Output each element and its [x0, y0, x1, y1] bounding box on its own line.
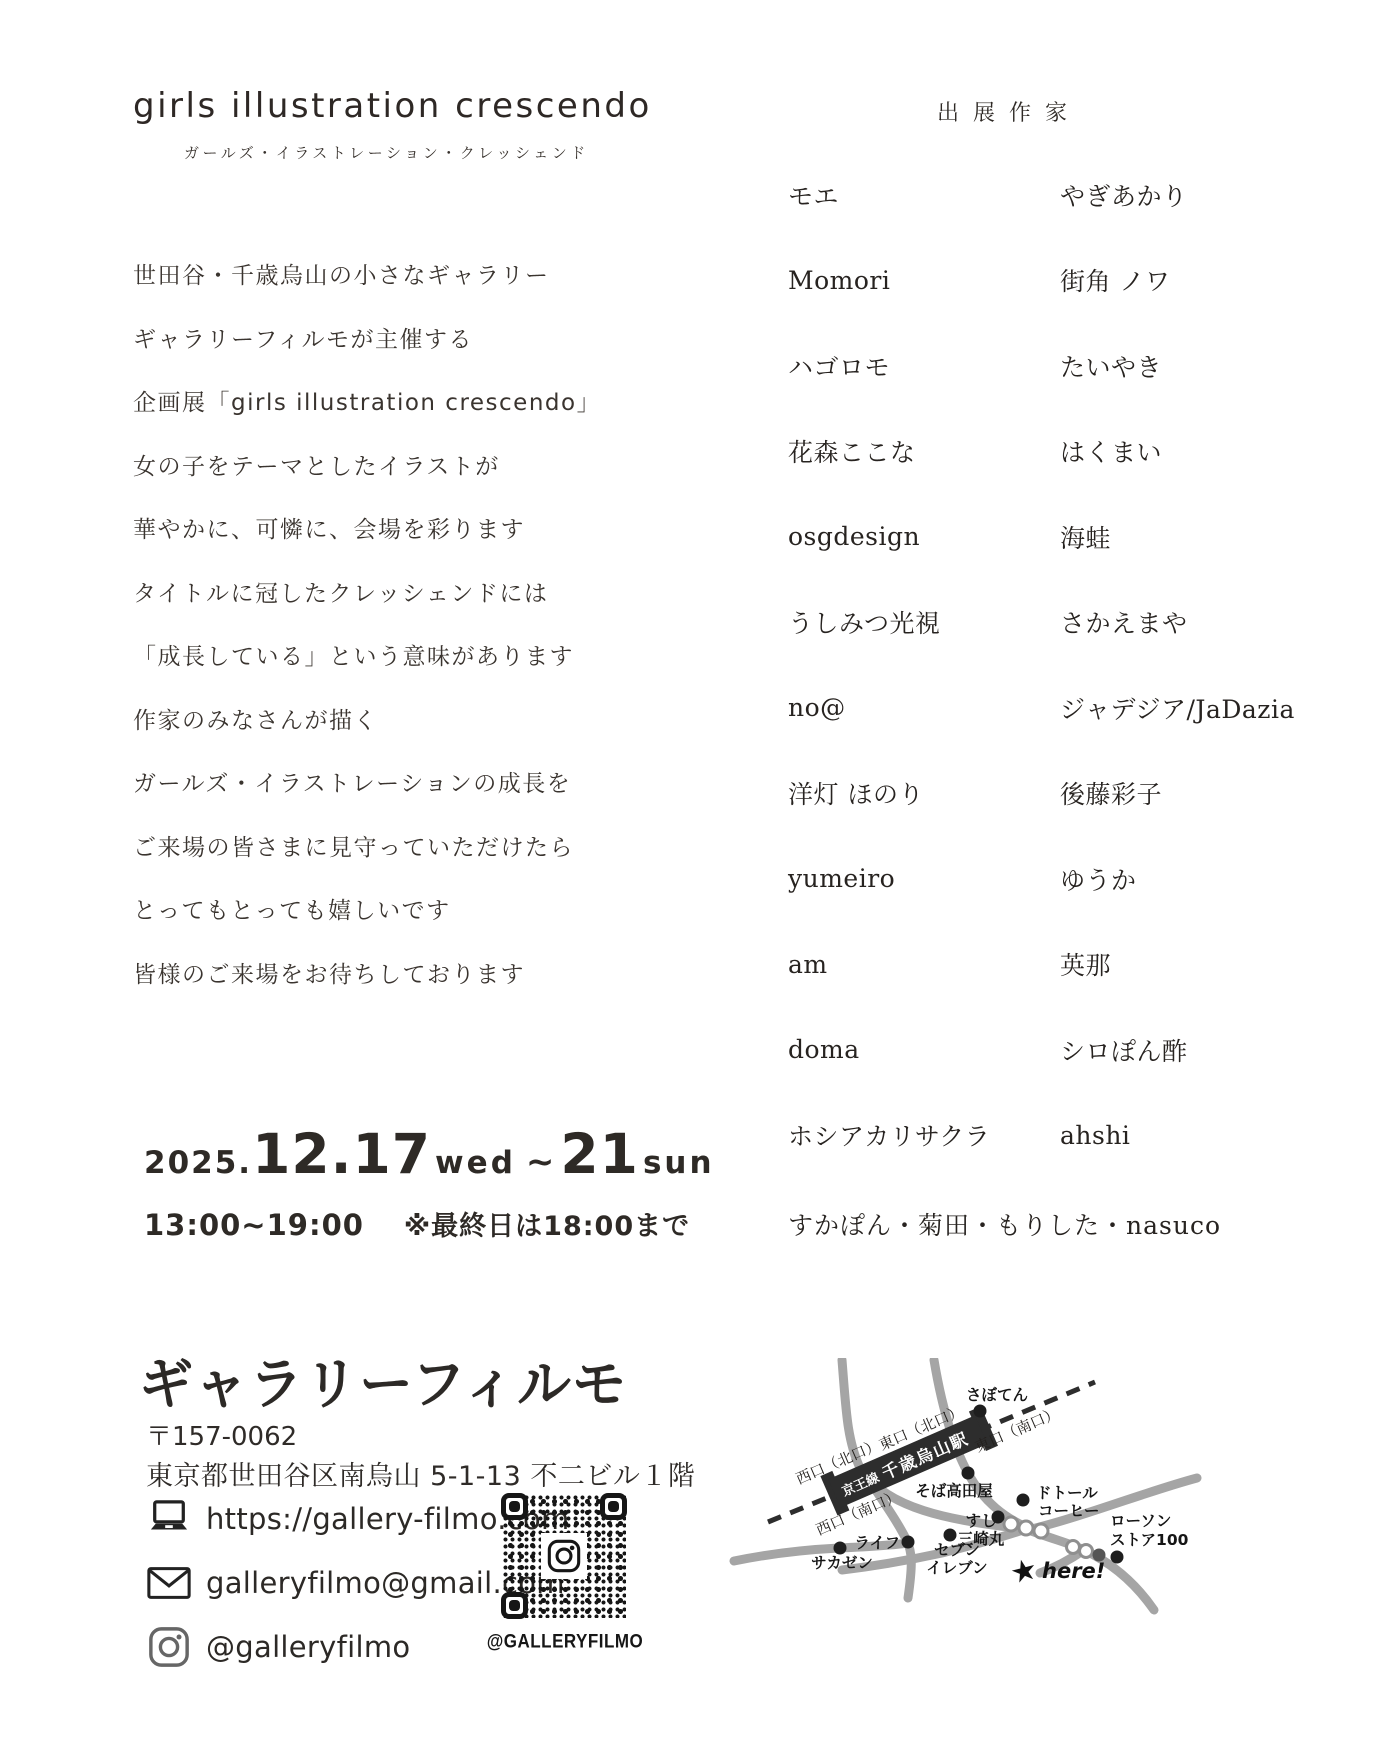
exhibition-dates: 2025.12.17wed~21sun — [144, 1122, 719, 1186]
landmark-sushi-line1: すし — [965, 1512, 996, 1530]
artist-name: シロぽん酢 — [1060, 1007, 1295, 1093]
qr-finder-icon — [501, 1592, 528, 1619]
artist-name: Momori — [788, 238, 990, 324]
artist-name: 海蛙 — [1060, 494, 1295, 580]
here-label: here! — [1042, 1559, 1105, 1583]
landmark-lawson-line1: ローソン — [1110, 1512, 1171, 1530]
date-year: 2025. — [144, 1145, 252, 1181]
gallery-logo: ギャラリーフィルモ — [139, 1340, 627, 1420]
artist-name: yumeiro — [788, 836, 990, 922]
qr-caption: @GALLERYFILMO — [468, 1631, 662, 1653]
artist-footer-names: すかぽん・菊田・もりした・nasuco — [788, 1206, 1221, 1242]
qr-code — [502, 1494, 626, 1618]
landmark-life: ライフ — [854, 1534, 900, 1552]
qr-finder-icon — [600, 1493, 627, 1520]
landmark-sakazen: サカゼン — [811, 1554, 873, 1572]
access-map: 京王線 千歳烏山駅 西口（北口） 東口（北口） 西口（南口） 東口（南口） さぼ… — [690, 1358, 1210, 1620]
intro-line: ギャラリーフィルモが主催する — [133, 306, 601, 370]
artist-name: 後藤彩子 — [1060, 751, 1295, 837]
qr-instagram-icon — [541, 1533, 587, 1579]
intro-line: ガールズ・イラストレーションの成長を — [133, 750, 601, 814]
artist-name: さかえまや — [1060, 580, 1295, 666]
landmark-seven-line2: イレブン — [926, 1559, 987, 1577]
artist-name: ゆうか — [1060, 836, 1295, 922]
artist-name: たいやき — [1060, 323, 1295, 409]
landmark-seven-line1: セブン — [934, 1541, 980, 1559]
artist-name: no@ — [788, 665, 990, 751]
artist-name: やぎあかり — [1060, 152, 1295, 238]
intro-line: ご来場の皆さまに見守っていただけたら — [133, 814, 601, 878]
landmark-doutor-line1: ドトール — [1036, 1484, 1098, 1502]
intro-line: タイトルに冠したクレッシェンドには — [133, 560, 601, 624]
artist-name: はくまい — [1060, 409, 1295, 495]
intro-line: 皆様のご来場をお待ちしております — [133, 941, 601, 1005]
intro-line: 「成長している」という意味があります — [133, 623, 601, 687]
artist-name: 街角 ノワ — [1060, 238, 1295, 324]
intro-line: 女の子をテーマとしたイラストが — [133, 433, 601, 497]
instagram-handle[interactable]: @galleryfilmo — [206, 1630, 410, 1664]
artist-column-right: やぎあかり 街角 ノワ たいやき はくまい 海蛙 さかえまや ジャデジア/JaD… — [1060, 152, 1295, 1178]
artist-name: ジャデジア/JaDazia — [1060, 665, 1295, 751]
instagram-icon — [146, 1624, 192, 1670]
hours-note: ※最終日は18:00まで — [404, 1211, 690, 1242]
artist-name: 英那 — [1060, 922, 1295, 1008]
landmark-saboten: さぼてん — [966, 1385, 1028, 1404]
gallery-address: 東京都世田谷区南烏山 5-1-13 不二ビル１階 — [146, 1454, 695, 1493]
instagram-row[interactable]: @galleryfilmo — [146, 1624, 410, 1670]
star-icon: ★ — [1007, 1551, 1042, 1591]
intro-line: 世田谷・千歳烏山の小さなギャラリー — [133, 242, 601, 306]
intro-line: 華やかに、可憐に、会場を彩ります — [133, 496, 601, 560]
intro-line: とってもとっても嬉しいです — [133, 877, 601, 941]
date-end-weekday: sun — [643, 1145, 715, 1181]
artist-name: うしみつ光視 — [788, 580, 990, 666]
opening-hours: 13:00~19:00※最終日は18:00まで — [144, 1204, 690, 1243]
landmark-lawson-line2: ストア100 — [1110, 1531, 1189, 1549]
exhibition-flyer: { "title": { "en": "girls illustration c… — [0, 0, 1396, 1744]
landmark-doutor-line2: コーヒー — [1038, 1502, 1099, 1520]
hours-time: 13:00~19:00 — [144, 1208, 364, 1242]
artist-name: am — [788, 922, 990, 1008]
intro-line: 作家のみなさんが描く — [133, 687, 601, 751]
date-start: 12.17 — [252, 1122, 431, 1186]
laptop-icon — [146, 1496, 192, 1542]
artist-name: ahshi — [1060, 1093, 1295, 1179]
artists-heading: 出展作家 — [862, 96, 1142, 127]
artist-name: 花森ここな — [788, 409, 990, 495]
postal-code: 〒157-0062 — [146, 1416, 297, 1453]
artist-name: doma — [788, 1007, 990, 1093]
artist-name: 洋灯 ほのり — [788, 751, 990, 837]
exhibition-title-katakana: ガールズ・イラストレーション・クレッシェンド — [184, 142, 589, 163]
exhibition-title: girls illustration crescendo — [133, 86, 652, 126]
intro-line: 企画展「girls illustration crescendo」 — [133, 369, 601, 433]
date-start-weekday: wed — [435, 1145, 516, 1181]
qr-finder-icon — [501, 1493, 528, 1520]
date-range-tilde: ~ — [526, 1142, 555, 1182]
artist-name: ハゴロモ — [788, 323, 990, 409]
artist-name: ホシアカリサクラ — [788, 1093, 990, 1179]
intro-paragraph: 世田谷・千歳烏山の小さなギャラリー ギャラリーフィルモが主催する 企画展「gir… — [133, 242, 601, 1004]
envelope-icon — [146, 1560, 192, 1606]
artist-column-left: モエ Momori ハゴロモ 花森ここな osgdesign うしみつ光視 no… — [788, 152, 990, 1178]
landmark-soba-takadaya: そば高田屋 — [915, 1481, 993, 1500]
artist-name: osgdesign — [788, 494, 990, 580]
artist-name: モエ — [788, 152, 990, 238]
date-end: 21 — [560, 1122, 639, 1186]
